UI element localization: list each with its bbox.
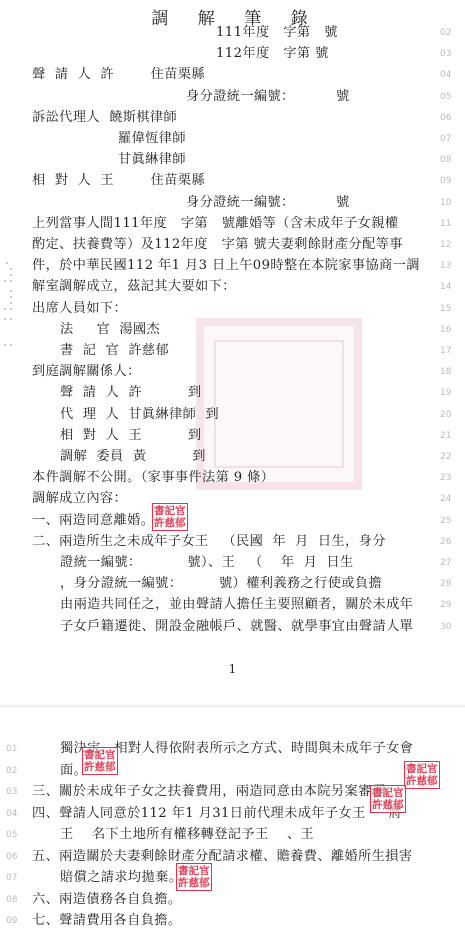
- line-text: 五、兩造關於夫妻剩餘財產分配請求權、贍養費、離婚所生損害: [32, 847, 412, 867]
- line-number: 04: [440, 65, 451, 85]
- document-line: 賠償之請求均拋棄。07: [0, 868, 465, 888]
- line-number: 29: [440, 595, 451, 615]
- line-number: 04: [6, 804, 17, 824]
- page-number: 1: [0, 662, 465, 676]
- clerk-stamp: 書記官許慈郁: [82, 747, 118, 775]
- line-number: 05: [6, 825, 17, 845]
- line-number: 08: [6, 890, 17, 910]
- page-separator: [0, 705, 465, 708]
- line-number: 02: [440, 23, 451, 43]
- line-text: 四、聲請人同意於112 年1 月31日前代理未成年子女王 將: [32, 804, 402, 824]
- document-line: 六、兩造債務各自負擔。08: [0, 890, 465, 910]
- document-line: 一、兩造同意離婚。25: [0, 511, 465, 531]
- document-line: 上列當事人間111年度 字第 號離婚等（含未成年子女親權11: [0, 214, 465, 234]
- line-text: 出席人員如下：: [32, 299, 127, 319]
- line-number: 17: [440, 341, 451, 361]
- line-text: 聲 請 人 許 到: [60, 383, 201, 403]
- line-text: 身分證統一編號： 號: [186, 193, 350, 213]
- line-text: 證統一編號： 號）、王 （ 年 月 日生: [60, 553, 354, 573]
- line-text: 112年度 字第 號: [216, 44, 329, 64]
- line-number: 09: [440, 171, 451, 191]
- line-text: 羅偉恆律師: [118, 129, 186, 149]
- line-text: 相 對 人 王 住苗栗縣: [32, 171, 205, 191]
- line-number: 05: [440, 87, 451, 107]
- line-number: 22: [440, 447, 451, 467]
- line-text: 王 名下土地所有權移轉登記予王 、王: [60, 825, 314, 845]
- line-text: 甘眞綝律師: [118, 150, 186, 170]
- line-number: 30: [440, 617, 451, 637]
- document-line: ，身分證統一編號： 號）權利義務之行使或負擔28: [0, 574, 465, 594]
- clerk-stamp: 書記官許慈郁: [404, 761, 440, 789]
- line-number: 24: [440, 489, 451, 509]
- line-text: 法 官 湯國杰: [60, 320, 160, 340]
- line-number: 27: [440, 553, 451, 573]
- document-line: 證統一編號： 號）、王 （ 年 月 日生27: [0, 553, 465, 573]
- line-text: 一、兩造同意離婚。: [32, 511, 154, 531]
- line-number: 26: [440, 532, 451, 552]
- line-number: 18: [440, 362, 451, 382]
- line-text: 聲 請 人 許 住苗栗縣: [32, 65, 205, 85]
- line-text: 本件調解不公開。（家事事件法第 9 條）: [32, 468, 274, 488]
- line-number: 11: [440, 214, 451, 234]
- document-line: 111年度 字第 號02: [0, 23, 465, 43]
- line-number: 16: [440, 320, 451, 340]
- document-line: 到庭調解關係人：18: [0, 362, 465, 382]
- document-line: 相 對 人 王 到21: [0, 426, 465, 446]
- document-line: 法 官 湯國杰16: [0, 320, 465, 340]
- document-line: 由兩造共同任之，並由聲請人擔任主要照顧者，關於未成年29: [0, 595, 465, 615]
- line-number: 13: [440, 256, 451, 276]
- document-line: 酌定、扶養費等）及112年度 字第 號夫妻剩餘財產分配等事12: [0, 235, 465, 255]
- line-number: 06: [440, 108, 451, 128]
- line-text: 調解成立內容：: [32, 489, 127, 509]
- line-text: 二、兩造所生之未成年子女王 （民國 年 月 日生，身分: [32, 532, 386, 552]
- document-line: 羅偉恆律師07: [0, 129, 465, 149]
- line-number: 23: [440, 468, 451, 488]
- line-text: 111年度 字第 號: [216, 23, 338, 43]
- line-text: 調解 委員 黃 到: [60, 447, 206, 467]
- document-line: 甘眞綝律師08: [0, 150, 465, 170]
- line-text: 由兩造共同任之，並由聲請人擔任主要照顧者，關於未成年: [60, 595, 413, 615]
- document-line: 五、兩造關於夫妻剩餘財產分配請求權、贍養費、離婚所生損害06: [0, 847, 465, 867]
- document-line: 身分證統一編號： 號10: [0, 193, 465, 213]
- line-number: 15: [440, 299, 451, 319]
- document-line: 本件調解不公開。（家事事件法第 9 條）23: [0, 468, 465, 488]
- document-line: 調解成立內容：24: [0, 489, 465, 509]
- line-text: 七、聲請費用各自負擔。: [32, 911, 181, 931]
- line-text: 身分證統一編號： 號: [186, 87, 350, 107]
- document-line: 二、兩造所生之未成年子女王 （民國 年 月 日生，身分26: [0, 532, 465, 552]
- line-text: 上列當事人間111年度 字第 號離婚等（含未成年子女親權: [32, 214, 398, 234]
- line-text: 解室調解成立，茲記其大要如下：: [32, 277, 236, 297]
- line-number: 03: [6, 782, 17, 802]
- document-line: 相 對 人 王 住苗栗縣09: [0, 171, 465, 191]
- document-line: 代 理 人 甘眞綝律師 到20: [0, 405, 465, 425]
- line-number: 19: [440, 383, 451, 403]
- document-line: 七、聲請費用各自負擔。09: [0, 911, 465, 931]
- line-number: 09: [6, 911, 17, 931]
- document-line: 獨決定，相對人得依附表所示之方式、時間與未成年子女會01: [0, 739, 465, 759]
- document-line: 身分證統一編號： 號05: [0, 87, 465, 107]
- line-number: 07: [440, 129, 451, 149]
- line-number: 25: [440, 511, 451, 531]
- line-text: 書 記 官 許慈郁: [60, 341, 169, 361]
- line-number: 28: [440, 574, 451, 594]
- document-line: 解室調解成立，茲記其大要如下：14: [0, 277, 465, 297]
- document-line: 聲 請 人 許 到19: [0, 383, 465, 403]
- document-line: 112年度 字第 號03: [0, 44, 465, 64]
- line-number: 20: [440, 405, 451, 425]
- document-line: 子女戶籍遷徙、開設金融帳戶、就醫、就學事宜由聲請人單30: [0, 617, 465, 637]
- line-text: ，身分證統一編號： 號）權利義務之行使或負擔: [60, 574, 382, 594]
- clerk-stamp: 書記官許慈郁: [152, 503, 188, 531]
- document-page-1: 調 解 筆 錄 111年度 字第 號02112年度 字第 號03聲 請 人 許 …: [0, 0, 465, 700]
- line-text: 訴訟代理人 饒斯棋律師: [32, 108, 177, 128]
- line-text: 酌定、扶養費等）及112年度 字第 號夫妻剩餘財產分配等事: [32, 235, 403, 255]
- line-number: 12: [440, 235, 451, 255]
- document-line: 書 記 官 許慈郁17: [0, 341, 465, 361]
- line-text: 件，於中華民國112 年1 月3 日上午09時整在本院家事協商一調: [32, 256, 420, 276]
- line-number: 08: [440, 150, 451, 170]
- clerk-stamp: 書記官許慈郁: [176, 863, 212, 891]
- line-text: 子女戶籍遷徙、開設金融帳戶、就醫、就學事宜由聲請人單: [60, 617, 413, 637]
- line-number: 02: [6, 761, 17, 781]
- line-text: 代 理 人 甘眞綝律師 到: [60, 405, 219, 425]
- line-text: 三、關於未成年子女之扶養費用，兩造同意由本院另案審理。: [32, 782, 399, 802]
- document-line: 訴訟代理人 饒斯棋律師06: [0, 108, 465, 128]
- line-number: 03: [440, 44, 451, 64]
- line-number: 07: [6, 868, 17, 888]
- document-line: 件，於中華民國112 年1 月3 日上午09時整在本院家事協商一調13: [0, 256, 465, 276]
- document-line: 出席人員如下：15: [0, 299, 465, 319]
- document-line: 王 名下土地所有權移轉登記予王 、王05: [0, 825, 465, 845]
- document-line: 調解 委員 黃 到22: [0, 447, 465, 467]
- line-text: 六、兩造債務各自負擔。: [32, 890, 181, 910]
- document-line: 面。02: [0, 761, 465, 781]
- line-number: 10: [440, 193, 451, 213]
- line-number: 14: [440, 277, 451, 297]
- line-text: 相 對 人 王 到: [60, 426, 201, 446]
- line-number: 01: [6, 739, 17, 759]
- line-number: 21: [440, 426, 451, 446]
- line-text: 賠償之請求均拋棄。: [60, 868, 182, 888]
- line-text: 到庭調解關係人：: [32, 362, 141, 382]
- clerk-stamp: 書記官許慈郁: [370, 785, 406, 813]
- line-number: 06: [6, 847, 17, 867]
- document-line: 聲 請 人 許 住苗栗縣04: [0, 65, 465, 85]
- document-page-2: 獨決定，相對人得依附表所示之方式、時間與未成年子女會01面。02三、關於未成年子…: [0, 725, 465, 941]
